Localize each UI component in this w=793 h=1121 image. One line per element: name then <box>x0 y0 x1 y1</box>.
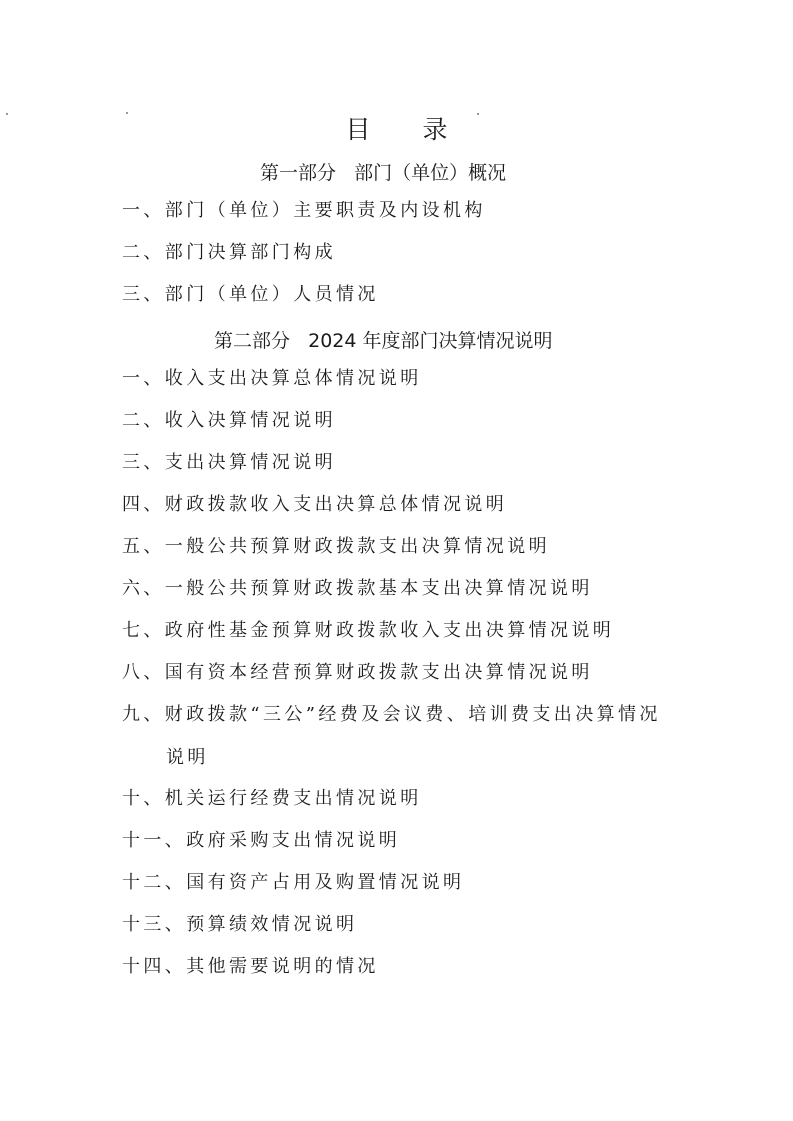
toc-entry: 四、财政拨款收入支出决算总体情况说明 <box>122 494 507 516</box>
toc-entry: 二、收入决算情况说明 <box>122 410 336 432</box>
toc-entry: 六、一般公共预算财政拨款基本支出决算情况说明 <box>122 578 593 600</box>
toc-entry: 十四、其他需要说明的情况 <box>122 956 379 978</box>
toc-entry: 一、收入支出决算总体情况说明 <box>122 368 422 390</box>
toc-entry: 十二、国有资产占用及购置情况说明 <box>122 872 464 894</box>
page-title: 目 录 <box>0 110 793 146</box>
toc-entry: 三、支出决算情况说明 <box>122 452 336 474</box>
part2-heading: 第二部分 2024 年度部门决算情况说明 <box>214 326 553 353</box>
toc-entry: 七、政府性基金预算财政拨款收入支出决算情况说明 <box>122 620 614 642</box>
toc-entry: 三、部门（单位）人员情况 <box>122 284 379 306</box>
part1-heading: 第一部分 部门（单位）概况 <box>260 158 506 185</box>
toc-entry: 二、部门决算部门构成 <box>122 242 336 264</box>
toc-entry: 十、机关运行经费支出情况说明 <box>122 788 422 810</box>
toc-entry: 十三、预算绩效情况说明 <box>122 914 357 936</box>
toc-entry-continuation: 说明 <box>166 743 209 769</box>
toc-entry: 八、国有资本经营预算财政拨款支出决算情况说明 <box>122 662 593 684</box>
toc-entry: 五、一般公共预算财政拨款支出决算情况说明 <box>122 536 550 558</box>
toc-entry: 一、部门（单位）主要职责及内设机构 <box>122 200 486 222</box>
toc-entry: 九、财政拨款“三公”经费及会议费、培训费支出决算情况 <box>122 704 661 726</box>
toc-entry: 十一、政府采购支出情况说明 <box>122 830 400 852</box>
